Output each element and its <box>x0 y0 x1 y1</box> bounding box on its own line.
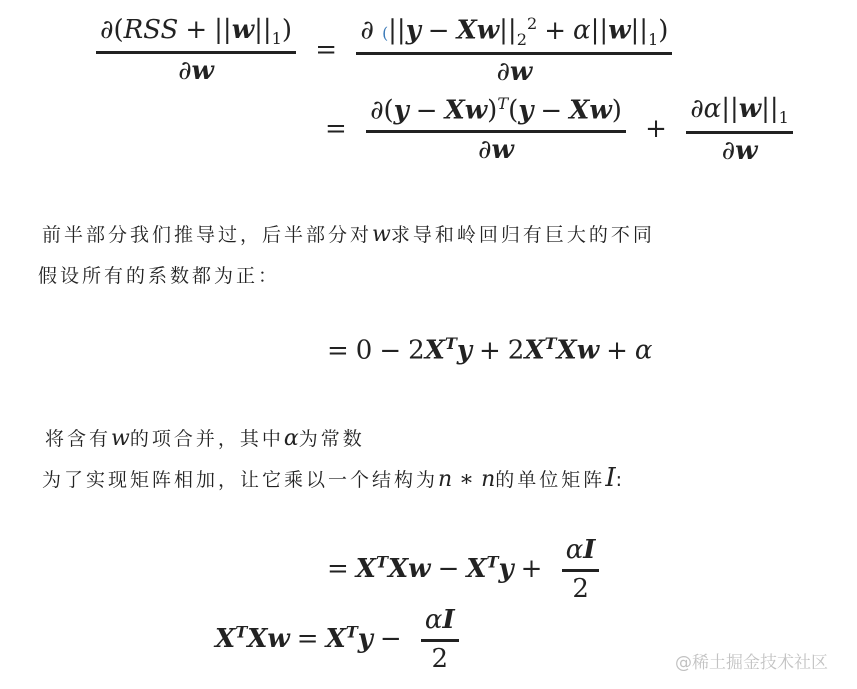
paragraph-2-line-1: 将含有w的项合并，其中α为常数 <box>45 424 365 451</box>
paragraph-2-line-2: 为了实现矩阵相加，让它乘以一个结构为n ∗ n的单位矩阵I: <box>42 463 625 493</box>
equation-1-line-1: ∂(RSS+||w||1) ∂w = ∂ (||y−Xw||22+α||w||1… <box>92 14 676 88</box>
equation-3: =XTXw−XTy+ αI 2 <box>320 535 603 605</box>
rhs2-term1-fraction: ∂(y−Xw)T(y−Xw) ∂w <box>366 94 626 166</box>
rhs1-fraction: ∂ (||y−Xw||22+α||w||1) ∂w <box>356 14 672 88</box>
paragraph-1-line-1: 前半部分我们推导过，后半部分对w求导和岭回归有巨大的不同 <box>42 220 655 247</box>
paragraph-1-line-2: 假设所有的系数都为正： <box>38 261 280 288</box>
alpha-i-over-2-fraction: αI 2 <box>421 605 459 675</box>
equation-4: XTXw=XTy− αI 2 <box>215 605 463 675</box>
equation-1-line-2: = ∂(y−Xw)T(y−Xw) ∂w + ∂α||w||1 ∂w <box>318 94 797 167</box>
lhs-fraction: ∂(RSS+||w||1) ∂w <box>96 15 296 88</box>
watermark: @稀土掘金技术社区 <box>675 648 828 673</box>
equation-2: =0−2XTy+2XTXw+α <box>320 334 652 366</box>
rhs2-term2-fraction: ∂α||w||1 ∂w <box>686 94 793 167</box>
alpha-i-over-2-fraction: αI 2 <box>562 535 600 605</box>
